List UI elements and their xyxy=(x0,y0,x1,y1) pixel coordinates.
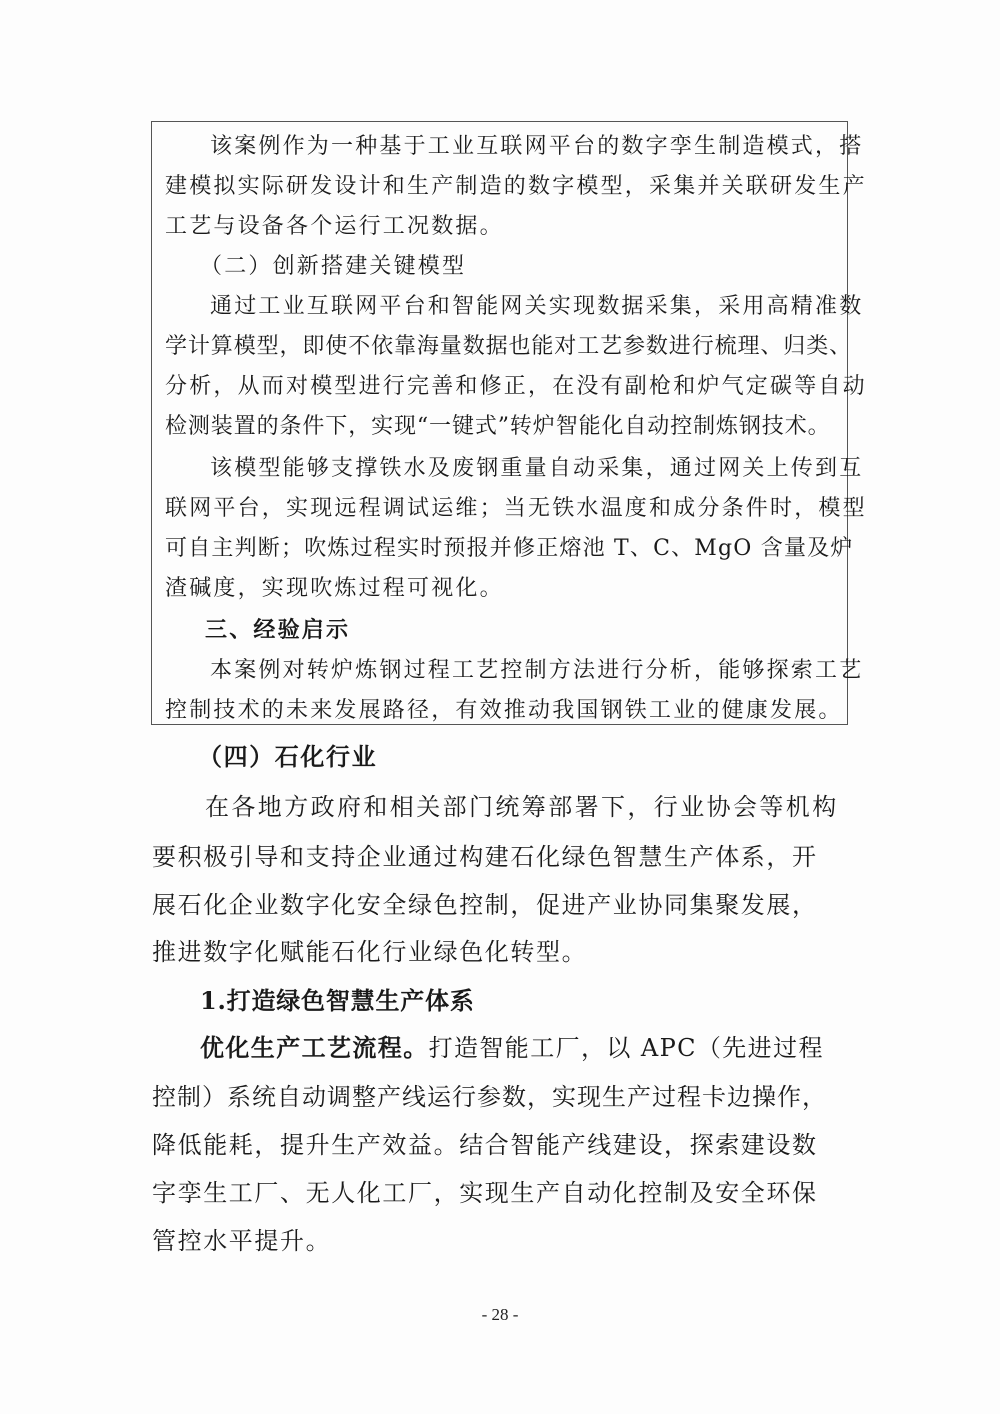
case-para-3-line-1: 该模型能够支撑铁水及废钢重量自动采集，通过网关上传到互 xyxy=(210,454,863,484)
document-page: 该案例作为一种基于工业互联网平台的数字孪生制造模式，搭 建模拟实际研发设计和生产… xyxy=(0,0,1000,1414)
subsection-heading: 1.打造绿色智慧生产体系 xyxy=(200,986,475,1016)
page-number: - 28 - xyxy=(0,1305,1000,1325)
para-line-3: 降低能耗，提升生产效益。结合智能产线建设，探索建设数 xyxy=(152,1130,818,1160)
case-para-1-line-1: 该案例作为一种基于工业互联网平台的数字孪生制造模式，搭 xyxy=(210,132,863,162)
case-para-3-line-4: 渣碱度，实现吹炼过程可视化。 xyxy=(165,574,504,604)
case-heading-3: 三、经验启示 xyxy=(205,615,350,645)
para-line-4: 字孪生工厂、无人化工厂，实现生产自动化控制及安全环保 xyxy=(152,1178,818,1208)
case-para-3-line-3: 可自主判断；吹炼过程实时预报并修正熔池 T、C、MgO 含量及炉 xyxy=(165,534,854,564)
para-lead-bold: 优化生产工艺流程。 xyxy=(200,1033,429,1062)
para-first-line: 优化生产工艺流程。打造智能工厂，以 APC（先进过程 xyxy=(200,1033,824,1063)
para-line-5: 管控水平提升。 xyxy=(152,1226,331,1256)
case-para-4-line-2: 控制技术的未来发展路径，有效推动我国钢铁工业的健康发展。 xyxy=(165,696,843,726)
para-first-line-rest: 打造智能工厂，以 APC（先进过程 xyxy=(429,1034,824,1062)
case-subheading-2: （二）创新搭建关键模型 xyxy=(200,252,466,282)
case-para-2-line-4: 检测装置的条件下，实现“一键式”转炉智能化自动控制炼钢技术。 xyxy=(165,412,831,442)
section-intro-line-2: 要积极引导和支持企业通过构建石化绿色智慧生产体系，开 xyxy=(152,842,818,872)
section-intro-line-1: 在各地方政府和相关部门统筹部署下，行业协会等机构 xyxy=(205,792,839,822)
case-para-4-line-1: 本案例对转炉炼钢过程工艺控制方法进行分析，能够探索工艺 xyxy=(210,656,863,686)
case-para-1-line-2: 建模拟实际研发设计和生产制造的数字模型，采集并关联研发生产 xyxy=(165,172,867,202)
case-para-2-line-2: 学计算模型，即使不依靠海量数据也能对工艺参数进行梳理、归类、 xyxy=(165,332,852,362)
para-line-2: 控制）系统自动调整产线运行参数，实现生产过程卡边操作， xyxy=(152,1082,827,1112)
section-intro-line-4: 推进数字化赋能石化行业绿色化转型。 xyxy=(152,937,587,967)
section-heading: （四）石化行业 xyxy=(198,742,377,772)
case-para-2-line-1: 通过工业互联网平台和智能网关实现数据采集，采用高精准数 xyxy=(210,292,863,322)
section-intro-line-3: 展石化企业数字化安全绿色控制，促进产业协同集聚发展， xyxy=(152,890,818,920)
case-para-1-line-3: 工艺与设备各个运行工况数据。 xyxy=(165,212,504,242)
case-para-3-line-2: 联网平台，实现远程调试运维；当无铁水温度和成分条件时，模型 xyxy=(165,494,867,524)
case-para-2-line-3: 分析，从而对模型进行完善和修正，在没有副枪和炉气定碳等自动 xyxy=(165,372,867,402)
